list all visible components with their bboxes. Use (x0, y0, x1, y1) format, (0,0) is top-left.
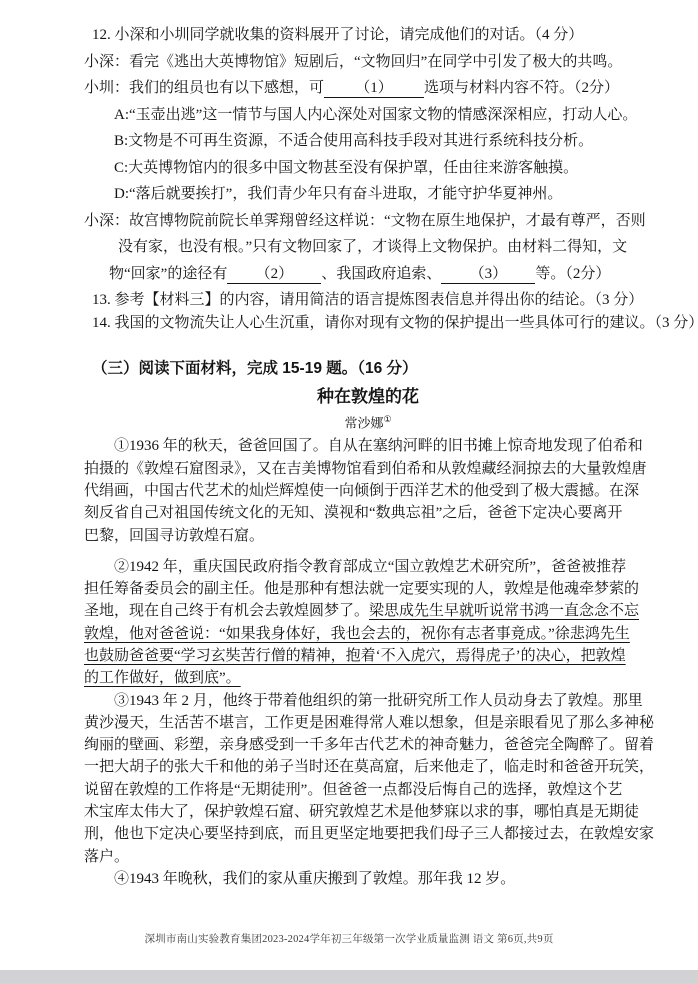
option-c: C:大英博物馆内的很多中国文物甚至没有保护罩，任由往来游客触摸。 (84, 155, 698, 182)
question-14-stem: 14. 我国的文物流失让人心生沉重，请你对现有文物的保护提出一些具体可行的建议。… (84, 312, 698, 335)
dialogue-xiaozhen-post: 选项与材料内容不符。（2分） (424, 80, 619, 96)
underlined-passage-end: 的工作做好，做到底”。 (84, 667, 698, 689)
essay-line-pre: 圣地，现在自己终于有机会去敦煌圆梦了。 (84, 603, 369, 619)
essay-author-name: 常沙娜 (344, 415, 383, 430)
question-12-stem: 12. 小深和小圳同学就收集的资料展开了讨论，请完成他们的对话。（4 分） (84, 22, 698, 49)
questions-13-14-block: 13. 参考【材料三】的内容，请用简洁的语言提炼图表信息并得出你的结论。（3 分… (84, 289, 698, 335)
dialogue-xiaoshen-2-line-3: 物“回家”的途径有（2）、我国政府追索、（3）等。（2分） (84, 261, 698, 288)
essay-paragraph-1: ①1936 年的秋天，爸爸回国了。自从在塞纳河畔的旧书摊上惊奇地发现了伯希和 拍… (84, 435, 698, 546)
question-12-block: 12. 小深和小圳同学就收集的资料展开了讨论，请完成他们的对话。（4 分） 小深… (84, 22, 698, 287)
page-footer: 深圳市南山实验教育集团2023-2024学年初三年级第一次学业质量监测 语文 第… (0, 931, 698, 946)
essay-line: 说留在敦煌的工作将是“无期徒刑”。但爸爸一点都没后悔自己的选择，敦煌这个艺 (84, 779, 698, 801)
underlined-passage-line: 也鼓励爸爸要“学习玄奘苦行僧的精神，抱着‘不入虎穴，焉得虎子’的决心，把敦煌 (84, 645, 698, 667)
question-13-stem: 13. 参考【材料三】的内容，请用简洁的语言提炼图表信息并得出你的结论。（3 分… (84, 289, 698, 312)
essay-line: ③1943 年 2 月，他终于带着他组织的第一批研究所工作人员动身去了敦煌。那里 (84, 690, 698, 712)
essay-line: 刻反省自己对祖国传统文化的无知、漠视和“数典忘祖”之后，爸爸下定决心要离开 (84, 502, 698, 524)
underlined-passage-line: 敦煌，他对爸爸说：“如果我身体好，我也会去的，祝你有志者事竟成。”徐悲鸿先生 (84, 623, 698, 645)
essay-line: 担任筹备委员会的副主任。他是那种有想法就一定要实现的人，敦煌是他魂牵梦萦的 (84, 578, 698, 600)
essay-line: 绚丽的壁画、彩塑，亲身感受到一千多年古代艺术的神奇魅力，爸爸完全陶醉了。留着 (84, 734, 698, 756)
essay-author: 常沙娜① (38, 409, 698, 433)
fill-blank-1: （1） (324, 79, 424, 98)
underlined-passage-start: 梁思成先生早就听说常书鸿一直念念不忘 (369, 603, 639, 619)
essay-paragraph-2: ②1942 年，重庆国民政府指令教育部成立“国立敦煌艺术研究所”，爸爸被推荐 担… (84, 556, 698, 690)
essay-line: ②1942 年，重庆国民政府指令教育部成立“国立敦煌艺术研究所”，爸爸被推荐 (84, 556, 698, 578)
essay-line: ①1936 年的秋天，爸爸回国了。自从在塞纳河畔的旧书摊上惊奇地发现了伯希和 (84, 435, 698, 457)
option-a: A:“玉壶出逃”这一情节与国人内心深处对国家文物的情感深深相应，打动人心。 (84, 102, 698, 129)
essay-line-with-underline: 圣地，现在自己终于有机会去敦煌圆梦了。梁思成先生早就听说常书鸿一直念念不忘 (84, 600, 698, 622)
essay-title-block: 种在敦煌的花 常沙娜① (38, 384, 698, 433)
essay-paragraph-3: ③1943 年 2 月，他终于带着他组织的第一批研究所工作人员动身去了敦煌。那里… (84, 690, 698, 868)
essay-title: 种在敦煌的花 (38, 384, 698, 409)
option-d: D:“落后就要挨打”，我们青少年只有奋斗进取，才能守护华夏神州。 (84, 181, 698, 208)
exam-page-content: 12. 小深和小圳同学就收集的资料展开了讨论，请完成他们的对话。（4 分） 小深… (84, 22, 698, 890)
essay-line: 代绢画，中国古代艺术的灿烂辉煌使一向倾倒于西洋艺术的他受到了极大震撼。在深 (84, 480, 698, 502)
fill-blank-3: （3） (441, 265, 535, 284)
essay-line: 巴黎，回国寻访敦煌石窟。 (84, 525, 698, 547)
essay-paragraph-4: ④1943 年晚秋，我们的家从重庆搬到了敦煌。那年我 12 岁。 (84, 868, 698, 890)
section-three-heading: （三）阅读下面材料，完成 15-19 题。（16 分） (84, 357, 698, 381)
dialogue-xiaoshen-2-line-1: 小深：故宫博物院前院长单霁翔曾经这样说：“文物在原生地保护，才最有尊严，否则 (84, 208, 698, 235)
essay-body: ①1936 年的秋天，爸爸回国了。自从在塞纳河畔的旧书摊上惊奇地发现了伯希和 拍… (84, 435, 698, 890)
option-b: B:文物是不可再生资源，不适合使用高科技手段对其进行系统科技分析。 (84, 128, 698, 155)
essay-line: 刑，他也下定决心要坚持到底，而且更坚定地要把我们母子三人都接过去，在敦煌安家 (84, 823, 698, 845)
dialogue-xiaoshen-2-line-3-mid: 、我国政府追索、 (321, 266, 441, 282)
essay-line: 术宝库太伟大了，保护敦煌石窟、研究敦煌艺术是他梦寐以求的事，哪怕真是无期徒 (84, 801, 698, 823)
essay-line: 黄沙漫天，生活苦不堪言，工作更是困难得常人难以想象，但是亲眼看见了那么多神秘 (84, 712, 698, 734)
essay-line: 落户。 (84, 846, 698, 868)
dialogue-xiaozhen: 小圳：我们的组员也有以下感想，可（1）选项与材料内容不符。（2分） (84, 75, 698, 102)
fill-blank-2: （2） (227, 265, 321, 284)
dialogue-xiaoshen-2-line-3-pre: 物“回家”的途径有 (109, 266, 227, 282)
dialogue-xiaozhen-pre: 小圳：我们的组员也有以下感想，可 (84, 80, 324, 96)
essay-line: ④1943 年晚秋，我们的家从重庆搬到了敦煌。那年我 12 岁。 (84, 868, 698, 890)
essay-line: 拍摄的《敦煌石窟图录》，又在吉美博物馆看到伯希和从敦煌藏经洞掠去的大量敦煌唐 (84, 458, 698, 480)
essay-line: 一把大胡子的张大千和他的弟子当时还在莫高窟，后来他走了，临走时和爸爸开玩笑， (84, 756, 698, 778)
dialogue-xiaoshen-2-line-2: 没有家，也没有根。”只有文物回家了，才谈得上文物保护。由材料二得知，文 (84, 234, 698, 261)
viewer-bottom-bar (0, 970, 698, 983)
author-footnote-mark: ① (383, 414, 391, 424)
dialogue-xiaoshen-1: 小深：看完《逃出大英博物馆》短剧后，“文物回归”在同学中引发了极大的共鸣。 (84, 49, 698, 76)
dialogue-xiaoshen-2-line-3-post: 等。（2分） (535, 266, 610, 282)
